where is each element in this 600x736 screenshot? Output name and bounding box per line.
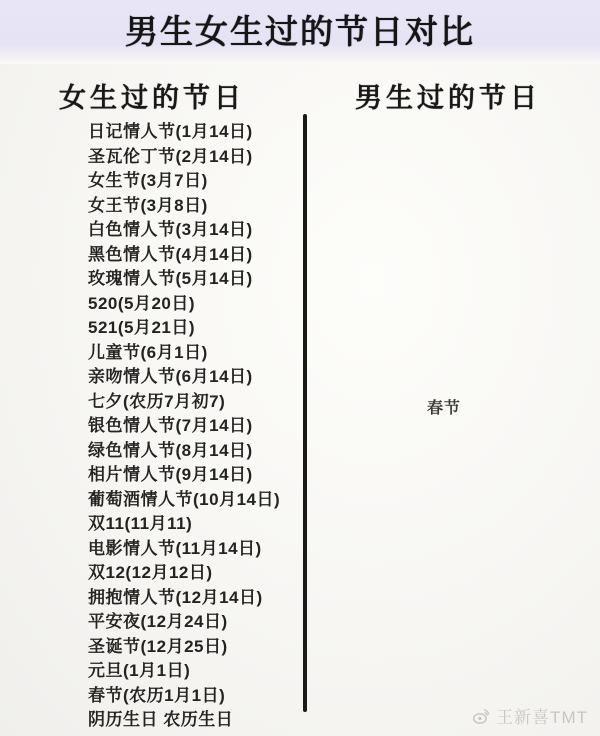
holiday-list-item: 日记情人节(1月14日) xyxy=(88,120,298,145)
columns-header: 女生过的节日 男生过的节日 xyxy=(0,76,600,116)
holiday-list-item: 春节 xyxy=(427,395,461,418)
watermark-text: 王新喜TMT xyxy=(496,703,588,728)
holiday-list-item: 相片情人节(9月14日) xyxy=(88,463,298,488)
title-banner: 男生女生过的节日对比 xyxy=(0,0,600,64)
holiday-list-item: 双12(12月12日) xyxy=(88,561,298,586)
girls-holiday-list: 日记情人节(1月14日)圣瓦伦丁节(2月14日)女生节(3月7日)女王节(3月8… xyxy=(88,120,298,733)
holiday-list-item: 儿童节(6月1日) xyxy=(88,341,298,366)
holiday-list-item: 玫瑰情人节(5月14日) xyxy=(88,267,298,292)
holiday-list-item: 葡萄酒情人节(10月14日) xyxy=(88,488,298,513)
holiday-list-item: 绿色情人节(8月14日) xyxy=(88,439,298,464)
weibo-icon xyxy=(472,706,492,726)
holiday-list-item: 白色情人节(3月14日) xyxy=(88,218,298,243)
holiday-list-item: 拥抱情人节(12月14日) xyxy=(88,586,298,611)
holiday-list-item: 平安夜(12月24日) xyxy=(88,610,298,635)
holiday-list-item: 银色情人节(7月14日) xyxy=(88,414,298,439)
holiday-list-item: 圣诞节(12月25日) xyxy=(88,635,298,660)
holiday-list-item: 元旦(1月1日) xyxy=(88,659,298,684)
holiday-list-item: 女王节(3月8日) xyxy=(88,194,298,219)
watermark: 王新喜TMT xyxy=(472,703,588,728)
holiday-list-item: 阴历生日 农历生日 xyxy=(88,708,298,733)
holiday-list-item: 黑色情人节(4月14日) xyxy=(88,243,298,268)
holiday-list-item: 亲吻情人节(6月14日) xyxy=(88,365,298,390)
boys-holiday-list: 春节 xyxy=(304,120,600,713)
holiday-list-item: 七夕(农历7月初7) xyxy=(88,390,298,415)
holiday-list-item: 520(5月20日) xyxy=(88,292,298,317)
holiday-list-item: 电影情人节(11月14日) xyxy=(88,537,298,562)
girls-column-header: 女生过的节日 xyxy=(59,76,245,115)
page-title: 男生女生过的节日对比 xyxy=(125,6,475,59)
holiday-list-item: 521(5月21日) xyxy=(88,316,298,341)
boys-column-header: 男生过的节日 xyxy=(355,76,541,115)
holiday-list-item: 女生节(3月7日) xyxy=(88,169,298,194)
comparison-image: 男生女生过的节日对比 女生过的节日 男生过的节日 日记情人节(1月14日)圣瓦伦… xyxy=(0,0,600,736)
holiday-list-item: 双11(11月11) xyxy=(88,512,298,537)
holiday-list-item: 春节(农历1月1日) xyxy=(88,684,298,709)
holiday-list-item: 圣瓦伦丁节(2月14日) xyxy=(88,145,298,170)
